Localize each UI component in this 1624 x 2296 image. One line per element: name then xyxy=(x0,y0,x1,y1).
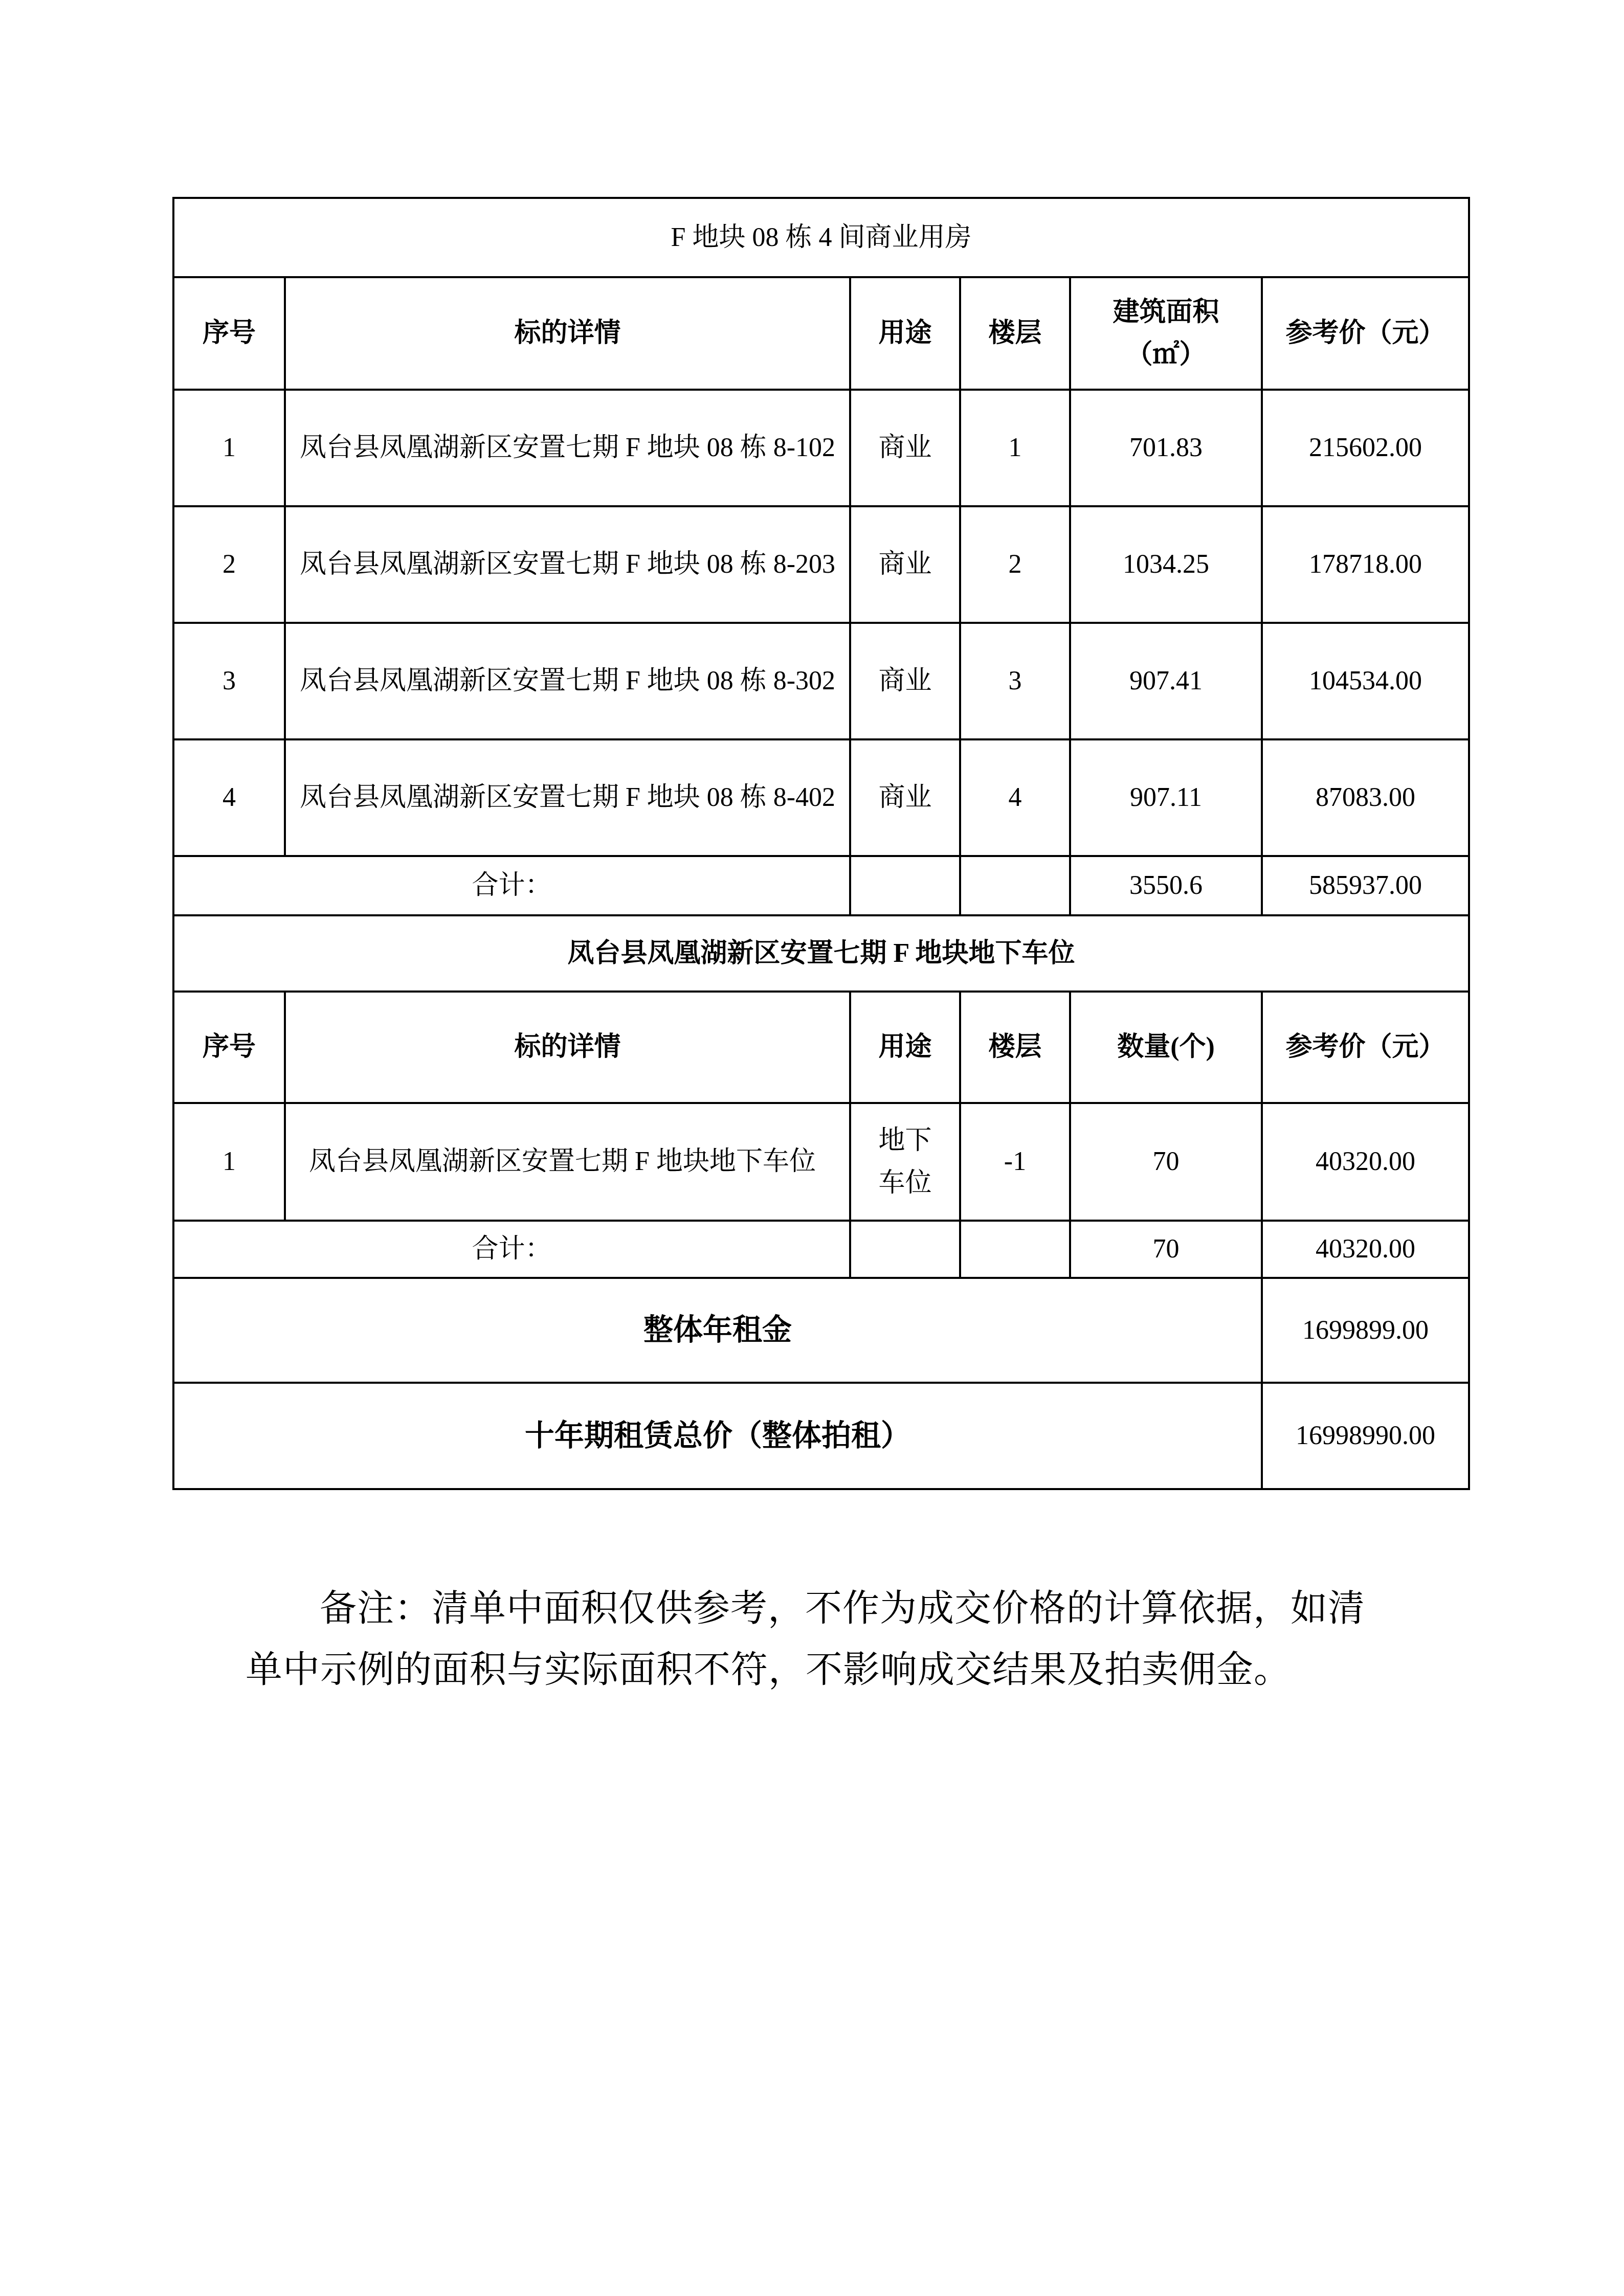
total-floor-empty xyxy=(960,1221,1070,1278)
cell-price: 178718.00 xyxy=(1262,506,1469,623)
cell-seq: 3 xyxy=(173,623,285,739)
cell-usage: 地下车位 xyxy=(850,1103,960,1221)
total-label: 合计： xyxy=(173,856,850,915)
cell-price: 87083.00 xyxy=(1262,739,1469,856)
total-floor-empty xyxy=(960,856,1070,915)
annual-rent-value: 1699899.00 xyxy=(1262,1278,1469,1383)
section2-title: 凤台县凤凰湖新区安置七期 F 地块地下车位 xyxy=(173,915,1469,992)
section1-total-row: 合计： 3550.6 585937.00 xyxy=(173,856,1469,915)
table-row: 2 凤台县凤凰湖新区安置七期 F 地块 08 栋 8-203 商业 2 1034… xyxy=(173,506,1469,623)
total-usage-empty xyxy=(850,856,960,915)
header-area-line1: 建筑面积 xyxy=(1071,291,1261,333)
cell-price: 40320.00 xyxy=(1262,1103,1469,1221)
section1-title-row: F 地块 08 栋 4 间商业用房 xyxy=(173,198,1469,277)
cell-area: 907.11 xyxy=(1070,739,1262,856)
cell-floor: -1 xyxy=(960,1103,1070,1221)
header-usage: 用途 xyxy=(850,992,960,1103)
header-area: 建筑面积 （㎡） xyxy=(1070,277,1262,390)
header-seq: 序号 xyxy=(173,277,285,390)
cell-floor: 3 xyxy=(960,623,1070,739)
table-row: 3 凤台县凤凰湖新区安置七期 F 地块 08 栋 8-302 商业 3 907.… xyxy=(173,623,1469,739)
cell-seq: 4 xyxy=(173,739,285,856)
cell-usage: 商业 xyxy=(850,390,960,506)
total-price: 585937.00 xyxy=(1262,856,1469,915)
section1-header-row: 序号 标的详情 用途 楼层 建筑面积 （㎡） 参考价（元） xyxy=(173,277,1469,390)
ten-year-total-label: 十年期租赁总价（整体拍租） xyxy=(173,1383,1262,1489)
header-usage: 用途 xyxy=(850,277,960,390)
table-row: 1 凤台县凤凰湖新区安置七期 F 地块地下车位 地下车位 -1 70 40320… xyxy=(173,1103,1469,1221)
total-count: 70 xyxy=(1070,1221,1262,1278)
cell-detail: 凤台县凤凰湖新区安置七期 F 地块 08 栋 8-102 xyxy=(285,390,850,506)
total-usage-empty xyxy=(850,1221,960,1278)
cell-price: 104534.00 xyxy=(1262,623,1469,739)
header-floor: 楼层 xyxy=(960,992,1070,1103)
cell-seq: 1 xyxy=(173,1103,285,1221)
cell-floor: 4 xyxy=(960,739,1070,856)
cell-price: 215602.00 xyxy=(1262,390,1469,506)
cell-detail: 凤台县凤凰湖新区安置七期 F 地块地下车位 xyxy=(285,1103,850,1221)
section2-total-row: 合计： 70 40320.00 xyxy=(173,1221,1469,1278)
header-seq: 序号 xyxy=(173,992,285,1103)
cell-area: 701.83 xyxy=(1070,390,1262,506)
cell-usage: 商业 xyxy=(850,506,960,623)
total-area: 3550.6 xyxy=(1070,856,1262,915)
table-row: 4 凤台县凤凰湖新区安置七期 F 地块 08 栋 8-402 商业 4 907.… xyxy=(173,739,1469,856)
cell-seq: 1 xyxy=(173,390,285,506)
header-price: 参考价（元） xyxy=(1262,277,1469,390)
note-line-1: 备注：清单中面积仅供参考，不作为成交价格的计算依据，如清 xyxy=(246,1578,1401,1639)
cell-seq: 2 xyxy=(173,506,285,623)
header-detail: 标的详情 xyxy=(285,277,850,390)
section2-title-row: 凤台县凤凰湖新区安置七期 F 地块地下车位 xyxy=(173,915,1469,992)
total-label: 合计： xyxy=(173,1221,850,1278)
cell-usage: 商业 xyxy=(850,739,960,856)
cell-area: 907.41 xyxy=(1070,623,1262,739)
header-detail: 标的详情 xyxy=(285,992,850,1103)
ten-year-total-value: 16998990.00 xyxy=(1262,1383,1469,1489)
cell-detail: 凤台县凤凰湖新区安置七期 F 地块 08 栋 8-203 xyxy=(285,506,850,623)
section1-title: F 地块 08 栋 4 间商业用房 xyxy=(173,198,1469,277)
cell-count: 70 xyxy=(1070,1103,1262,1221)
section2-header-row: 序号 标的详情 用途 楼层 数量(个) 参考价（元） xyxy=(173,992,1469,1103)
note-line-2: 单中示例的面积与实际面积不符，不影响成交结果及拍卖佣金。 xyxy=(246,1639,1401,1700)
header-floor: 楼层 xyxy=(960,277,1070,390)
cell-floor: 1 xyxy=(960,390,1070,506)
ten-year-total-row: 十年期租赁总价（整体拍租） 16998990.00 xyxy=(173,1383,1469,1489)
cell-floor: 2 xyxy=(960,506,1070,623)
header-count: 数量(个) xyxy=(1070,992,1262,1103)
table-row: 1 凤台县凤凰湖新区安置七期 F 地块 08 栋 8-102 商业 1 701.… xyxy=(173,390,1469,506)
cell-detail: 凤台县凤凰湖新区安置七期 F 地块 08 栋 8-302 xyxy=(285,623,850,739)
header-price: 参考价（元） xyxy=(1262,992,1469,1103)
cell-area: 1034.25 xyxy=(1070,506,1262,623)
annual-rent-row: 整体年租金 1699899.00 xyxy=(173,1278,1469,1383)
annual-rent-label: 整体年租金 xyxy=(173,1278,1262,1383)
rental-listing-table: F 地块 08 栋 4 间商业用房 序号 标的详情 用途 楼层 建筑面积 （㎡）… xyxy=(172,197,1470,1490)
cell-usage: 商业 xyxy=(850,623,960,739)
header-area-line2: （㎡） xyxy=(1071,333,1261,376)
cell-detail: 凤台县凤凰湖新区安置七期 F 地块 08 栋 8-402 xyxy=(285,739,850,856)
total-price: 40320.00 xyxy=(1262,1221,1469,1278)
